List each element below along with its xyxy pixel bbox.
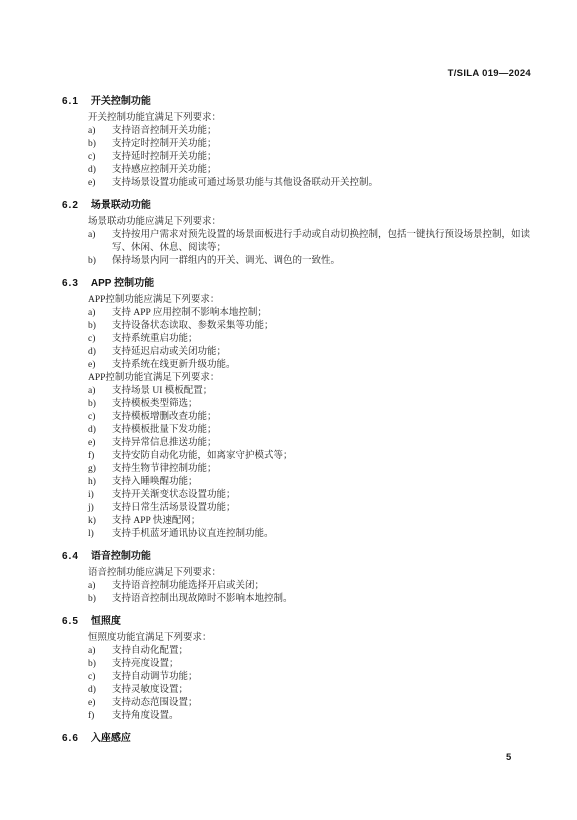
list-item: d)支持灵敏度设置； xyxy=(88,684,530,697)
list-item-label: b) xyxy=(88,593,112,606)
list-item-text: 支持自动化配置； xyxy=(112,645,530,658)
list-item-text: 支持入睡唤醒功能； xyxy=(112,476,530,489)
list-item-text: 支持日常生活场景设置功能； xyxy=(112,502,530,515)
list-item-label: e) xyxy=(88,177,112,190)
list-item: c)支持系统重启功能； xyxy=(88,333,530,346)
section-title: 场景联动功能 xyxy=(91,199,151,212)
list-item: a)支持语音控制功能选择开启或关闭； xyxy=(88,580,530,593)
list-item-text: 支持设备状态读取、参数采集等功能； xyxy=(112,320,530,333)
requirement-lead-paragraph: APP控制功能应满足下列要求： xyxy=(88,294,530,307)
list-item-label: d) xyxy=(88,346,112,359)
list-item-text: 支持系统重启功能； xyxy=(112,333,530,346)
list-item-text: 支持手机蓝牙通讯协议直连控制功能。 xyxy=(112,528,530,541)
list-item: f)支持角度设置。 xyxy=(88,710,530,723)
list-item-label: a) xyxy=(88,580,112,593)
list-item-label: b) xyxy=(88,255,112,268)
list-item-label: b) xyxy=(88,398,112,411)
list-item-text: 支持角度设置。 xyxy=(112,710,530,723)
list-item-label: c) xyxy=(88,671,112,684)
list-item-label: i) xyxy=(88,489,112,502)
list-item: j)支持日常生活场景设置功能； xyxy=(88,502,530,515)
list-item-text: 支持语音控制功能选择开启或关闭； xyxy=(112,580,530,593)
section-number: 6.5 xyxy=(62,615,79,628)
section-title: 恒照度 xyxy=(91,615,121,628)
section-heading: 6.4语音控制功能 xyxy=(62,550,530,563)
list-item-text: 支持语音控制出现故障时不影响本地控制。 xyxy=(112,593,530,606)
list-item-label: e) xyxy=(88,697,112,710)
section-title: APP 控制功能 xyxy=(91,277,154,290)
list-item: c)支持自动调节功能； xyxy=(88,671,530,684)
section-number: 6.3 xyxy=(62,277,79,290)
list-item-text: 支持延时控制开关功能； xyxy=(112,151,530,164)
list-item: d)支持模板批量下发功能； xyxy=(88,424,530,437)
list-item-text: 支持灵敏度设置； xyxy=(112,684,530,697)
list-item-label: a) xyxy=(88,125,112,138)
list-item-text: 支持定时控制开关功能； xyxy=(112,138,530,151)
list-item-label: a) xyxy=(88,645,112,658)
requirement-lead-paragraph: APP控制功能宜满足下列要求： xyxy=(88,372,530,385)
document-content: 6.1开关控制功能开关控制功能宜满足下列要求：a)支持语音控制开关功能；b)支持… xyxy=(0,86,577,749)
list-item: a)支持语音控制开关功能； xyxy=(88,125,530,138)
list-item-text: 支持开关渐变状态设置功能； xyxy=(112,489,530,502)
list-item-label: b) xyxy=(88,138,112,151)
list-item-label: j) xyxy=(88,502,112,515)
list-item-text: 支持动态范围设置； xyxy=(112,697,530,710)
section-heading: 6.3APP 控制功能 xyxy=(62,277,530,290)
section-title: 开关控制功能 xyxy=(91,95,151,108)
list-item: a)支持自动化配置； xyxy=(88,645,530,658)
list-item: k)支持 APP 快速配网； xyxy=(88,515,530,528)
list-item: e)支持动态范围设置； xyxy=(88,697,530,710)
list-item-text: 支持生物节律控制功能； xyxy=(112,463,530,476)
list-item: e)支持异常信息推送功能； xyxy=(88,437,530,450)
list-item-text: 支持感应控制开关功能； xyxy=(112,164,530,177)
list-item-label: c) xyxy=(88,333,112,346)
list-item: c)支持延时控制开关功能； xyxy=(88,151,530,164)
list-item-label: f) xyxy=(88,710,112,723)
requirement-list: a)支持语音控制开关功能；b)支持定时控制开关功能；c)支持延时控制开关功能；d… xyxy=(0,125,577,190)
list-item: i)支持开关渐变状态设置功能； xyxy=(88,489,530,502)
list-item-text: 支持模板增删改查功能； xyxy=(112,411,530,424)
requirement-lead-paragraph: 恒照度功能宜满足下列要求： xyxy=(88,632,530,645)
list-item-text: 支持语音控制开关功能； xyxy=(112,125,530,138)
list-item: a)支持 APP 应用控制不影响本地控制； xyxy=(88,307,530,320)
list-item-label: e) xyxy=(88,359,112,372)
list-item: a)支持按用户需求对预先设置的场景面板进行手动或自动切换控制，包括一键执行预设场… xyxy=(88,229,530,255)
list-item-label: l) xyxy=(88,528,112,541)
list-item-label: b) xyxy=(88,658,112,671)
list-item-text: 支持系统在线更新升级功能。 xyxy=(112,359,530,372)
list-item: e)支持场景设置功能或可通过场景功能与其他设备联动开关控制。 xyxy=(88,177,530,190)
section-heading: 6.6入座感应 xyxy=(62,732,530,745)
list-item: f)支持安防自动化功能，如离家守护模式等； xyxy=(88,450,530,463)
list-item-label: f) xyxy=(88,450,112,463)
requirement-lead-paragraph: 语音控制功能应满足下列要求： xyxy=(88,567,530,580)
list-item: c)支持模板增删改查功能； xyxy=(88,411,530,424)
list-item: h)支持入睡唤醒功能； xyxy=(88,476,530,489)
document-page: T/SILA 019—2024 6.1开关控制功能开关控制功能宜满足下列要求：a… xyxy=(0,0,577,820)
section-number: 6.2 xyxy=(62,199,79,212)
list-item: b)保持场景内同一群组内的开关、调光、调色的一致性。 xyxy=(88,255,530,268)
list-item: a)支持场景 UI 模板配置； xyxy=(88,385,530,398)
requirement-list: a)支持场景 UI 模板配置；b)支持模板类型筛选；c)支持模板增删改查功能；d… xyxy=(0,385,577,541)
list-item-text: 支持异常信息推送功能； xyxy=(112,437,530,450)
list-item-text: 支持场景 UI 模板配置； xyxy=(112,385,530,398)
list-item: b)支持设备状态读取、参数采集等功能； xyxy=(88,320,530,333)
section-number: 6.6 xyxy=(62,732,79,745)
list-item-label: c) xyxy=(88,151,112,164)
list-item-label: a) xyxy=(88,385,112,398)
section-number: 6.1 xyxy=(62,95,79,108)
list-item-label: c) xyxy=(88,411,112,424)
page-number: 5 xyxy=(506,752,511,763)
list-item-text: 支持模板批量下发功能； xyxy=(112,424,530,437)
list-item: b)支持定时控制开关功能； xyxy=(88,138,530,151)
list-item: d)支持延迟启动或关闭功能； xyxy=(88,346,530,359)
list-item-label: d) xyxy=(88,164,112,177)
list-item-text: 支持 APP 快速配网； xyxy=(112,515,530,528)
list-item-text: 支持场景设置功能或可通过场景功能与其他设备联动开关控制。 xyxy=(112,177,530,190)
requirement-list: a)支持按用户需求对预先设置的场景面板进行手动或自动切换控制，包括一键执行预设场… xyxy=(0,229,577,268)
requirement-lead-paragraph: 开关控制功能宜满足下列要求： xyxy=(88,112,530,125)
list-item: b)支持模板类型筛选； xyxy=(88,398,530,411)
list-item: g)支持生物节律控制功能； xyxy=(88,463,530,476)
section-heading: 6.1开关控制功能 xyxy=(62,95,530,108)
list-item-text: 支持安防自动化功能，如离家守护模式等； xyxy=(112,450,530,463)
requirement-lead-paragraph: 场景联动功能应满足下列要求： xyxy=(88,216,530,229)
section-title: 语音控制功能 xyxy=(91,550,151,563)
list-item-text: 支持自动调节功能； xyxy=(112,671,530,684)
section-number: 6.4 xyxy=(62,550,79,563)
requirement-list: a)支持语音控制功能选择开启或关闭；b)支持语音控制出现故障时不影响本地控制。 xyxy=(0,580,577,606)
list-item-label: d) xyxy=(88,684,112,697)
list-item-text: 支持延迟启动或关闭功能； xyxy=(112,346,530,359)
requirement-list: a)支持 APP 应用控制不影响本地控制；b)支持设备状态读取、参数采集等功能；… xyxy=(0,307,577,372)
section-heading: 6.5恒照度 xyxy=(62,615,530,628)
section-title: 入座感应 xyxy=(91,732,131,745)
list-item: b)支持语音控制出现故障时不影响本地控制。 xyxy=(88,593,530,606)
standard-code: T/SILA 019—2024 xyxy=(448,68,531,79)
section-heading: 6.2场景联动功能 xyxy=(62,199,530,212)
list-item-label: h) xyxy=(88,476,112,489)
list-item-text: 支持 APP 应用控制不影响本地控制； xyxy=(112,307,530,320)
list-item-label: a) xyxy=(88,229,112,255)
list-item-text: 支持模板类型筛选； xyxy=(112,398,530,411)
list-item-label: d) xyxy=(88,424,112,437)
list-item-label: e) xyxy=(88,437,112,450)
list-item-label: k) xyxy=(88,515,112,528)
list-item: b)支持亮度设置； xyxy=(88,658,530,671)
list-item: l)支持手机蓝牙通讯协议直连控制功能。 xyxy=(88,528,530,541)
list-item: d)支持感应控制开关功能； xyxy=(88,164,530,177)
list-item-text: 支持按用户需求对预先设置的场景面板进行手动或自动切换控制，包括一键执行预设场景控… xyxy=(112,229,530,255)
list-item-text: 保持场景内同一群组内的开关、调光、调色的一致性。 xyxy=(112,255,530,268)
list-item-label: a) xyxy=(88,307,112,320)
document-header: T/SILA 019—2024 xyxy=(448,68,531,79)
requirement-list: a)支持自动化配置；b)支持亮度设置；c)支持自动调节功能；d)支持灵敏度设置；… xyxy=(0,645,577,723)
list-item-label: g) xyxy=(88,463,112,476)
list-item: e)支持系统在线更新升级功能。 xyxy=(88,359,530,372)
list-item-text: 支持亮度设置； xyxy=(112,658,530,671)
list-item-label: b) xyxy=(88,320,112,333)
